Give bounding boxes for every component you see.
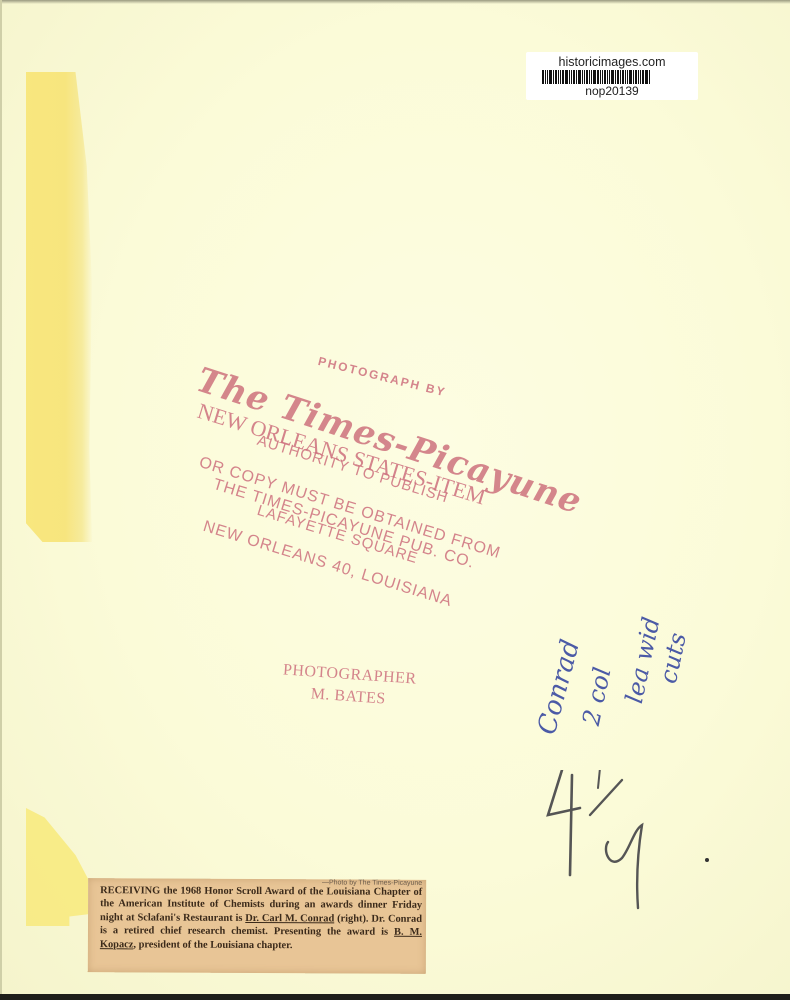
clipping-caption: RECEIVING the 1968 Honor Scroll Award of…	[100, 884, 422, 953]
yellow-tape-bottom	[26, 808, 88, 926]
photographer-stamp: PHOTOGRAPHER M. BATES	[273, 659, 426, 713]
caption-honoree: Dr. Carl M. Conrad	[245, 913, 334, 924]
pencil-mark-four-quarter	[542, 770, 662, 920]
yellow-tape-top	[26, 72, 92, 542]
handwriting-line-1: Conrad	[532, 636, 586, 737]
label-code: nop20139	[585, 85, 638, 98]
newspaper-clipping: —Photo by The Times-Picayune RECEIVING t…	[88, 878, 426, 974]
pencil-dot	[705, 858, 709, 862]
label-site: historicimages.com	[559, 55, 666, 69]
caption-text-3: , president of the Louisiana chapter.	[133, 939, 292, 951]
archive-label: historicimages.com nop20139	[526, 52, 698, 100]
stamp-photo-by: PHOTOGRAPH BY	[317, 354, 448, 399]
handwriting-line-2: 2 col	[577, 665, 617, 728]
publisher-stamp: The Times-Picayune PHOTOGRAPH BY NEW ORL…	[202, 350, 582, 630]
photo-back-paper: historicimages.com nop20139 The Times-Pi…	[0, 0, 790, 994]
barcode-icon	[542, 70, 682, 84]
